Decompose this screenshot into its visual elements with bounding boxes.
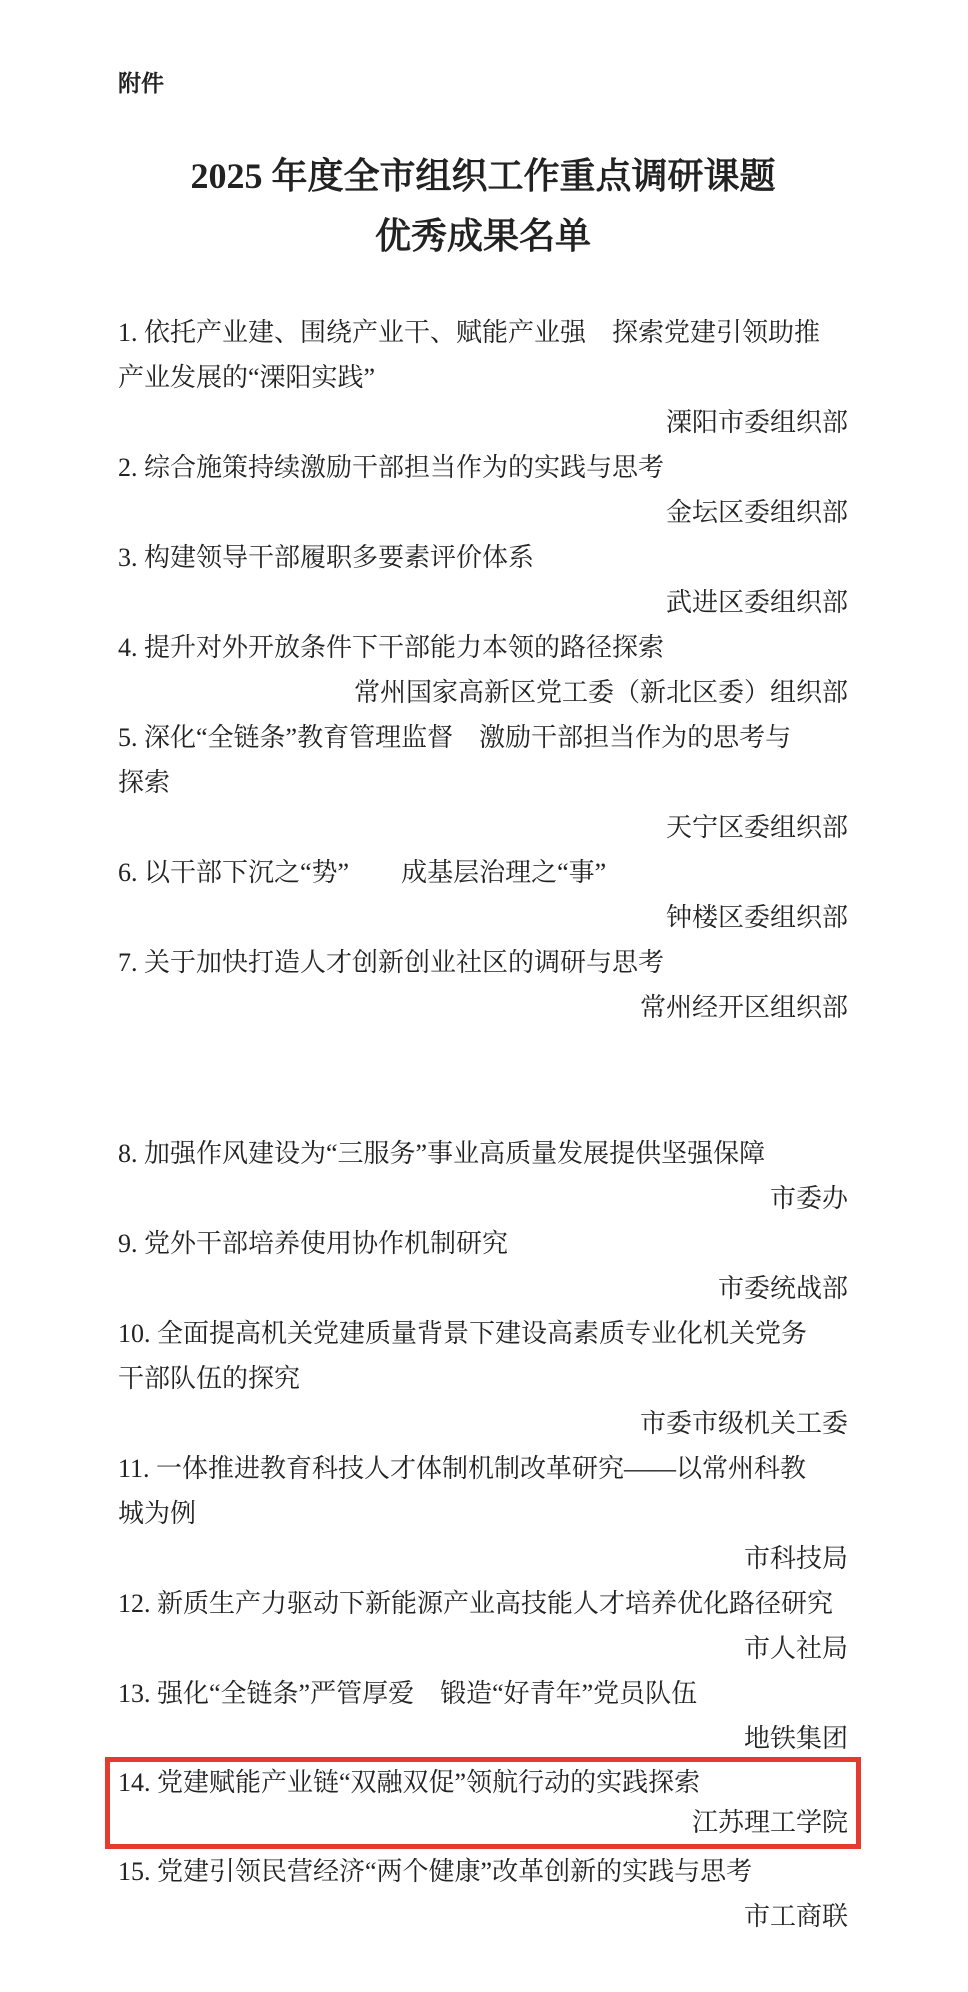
item-org: 市委市级机关工委 xyxy=(118,1401,848,1446)
item-title: 15. 党建引领民营经济“两个健康”改革创新的实践与思考 xyxy=(118,1849,848,1894)
item-org: 金坛区委组织部 xyxy=(118,490,848,535)
item-org: 常州国家高新区党工委（新北区委）组织部 xyxy=(118,670,848,715)
attachment-label: 附件 xyxy=(118,61,848,106)
item-org: 天宁区委组织部 xyxy=(118,805,848,850)
item-title: 4. 提升对外开放条件下干部能力本领的路径探索 xyxy=(118,625,848,670)
item-org: 地铁集团 xyxy=(118,1716,848,1761)
list-item: 3. 构建领导干部履职多要素评价体系 武进区委组织部 xyxy=(118,535,848,625)
item-org: 市人社局 xyxy=(118,1626,848,1671)
document-page: 附件 2025 年度全市组织工作重点调研课题 优秀成果名单 1. 依托产业建、围… xyxy=(0,0,968,1939)
item-title: 3. 构建领导干部履职多要素评价体系 xyxy=(118,535,848,580)
item-title: 9. 党外干部培养使用协作机制研究 xyxy=(118,1221,848,1266)
page-title-line1: 2025 年度全市组织工作重点调研课题 xyxy=(118,146,848,206)
list-item: 9. 党外干部培养使用协作机制研究 市委统战部 xyxy=(118,1221,848,1311)
page-title-line2: 优秀成果名单 xyxy=(118,206,848,266)
item-title: 13. 强化“全链条”严管厚爱 锻造“好青年”党员队伍 xyxy=(118,1671,848,1716)
list-item: 13. 强化“全链条”严管厚爱 锻造“好青年”党员队伍 地铁集团 xyxy=(118,1671,848,1761)
list-item: 5. 深化“全链条”教育管理监督 激励干部担当作为的思考与 探索 天宁区委组织部 xyxy=(118,715,848,850)
list-item: 1. 依托产业建、围绕产业干、赋能产业强 探索党建引领助推 产业发展的“溧阳实践… xyxy=(118,310,848,445)
item-title: 6. 以干部下沉之“势” 成基层治理之“事” xyxy=(118,850,848,895)
item-title: 8. 加强作风建设为“三服务”事业高质量发展提供坚强保障 xyxy=(118,1131,848,1176)
item-title: 1. 依托产业建、围绕产业干、赋能产业强 探索党建引领助推 产业发展的“溧阳实践… xyxy=(118,310,848,400)
list-item: 6. 以干部下沉之“势” 成基层治理之“事” 钟楼区委组织部 xyxy=(118,850,848,940)
item-title: 12. 新质生产力驱动下新能源产业高技能人才培养优化路径研究 xyxy=(118,1581,848,1626)
item-org: 常州经开区组织部 xyxy=(118,985,848,1030)
list-item: 2. 综合施策持续激励干部担当作为的实践与思考 金坛区委组织部 xyxy=(118,445,848,535)
page-title: 2025 年度全市组织工作重点调研课题 优秀成果名单 xyxy=(118,146,848,266)
list-item: 10. 全面提高机关党建质量背景下建设高素质专业化机关党务 干部队伍的探究 市委… xyxy=(118,1311,848,1446)
item-org: 钟楼区委组织部 xyxy=(118,895,848,940)
item-title: 2. 综合施策持续激励干部担当作为的实践与思考 xyxy=(118,445,848,490)
list-item: 4. 提升对外开放条件下干部能力本领的路径探索 常州国家高新区党工委（新北区委）… xyxy=(118,625,848,715)
item-org: 市委统战部 xyxy=(118,1266,848,1311)
item-title: 10. 全面提高机关党建质量背景下建设高素质专业化机关党务 干部队伍的探究 xyxy=(118,1311,848,1401)
item-org: 武进区委组织部 xyxy=(118,580,848,625)
list-item: 8. 加强作风建设为“三服务”事业高质量发展提供坚强保障 市委办 xyxy=(118,1131,848,1221)
item-title: 11. 一体推进教育科技人才体制机制改革研究——以常州科教 城为例 xyxy=(118,1446,848,1536)
item-org: 溧阳市委组织部 xyxy=(118,400,848,445)
item-org: 市科技局 xyxy=(118,1536,848,1581)
highlight-box: 14. 党建赋能产业链“双融双促”领航行动的实践探索 江苏理工学院 xyxy=(105,1757,861,1849)
item-title: 7. 关于加快打造人才创新创业社区的调研与思考 xyxy=(118,940,848,985)
item-org: 市委办 xyxy=(118,1176,848,1221)
item-org: 江苏理工学院 xyxy=(118,1803,848,1843)
list-item: 7. 关于加快打造人才创新创业社区的调研与思考 常州经开区组织部 xyxy=(118,940,848,1030)
list-item: 12. 新质生产力驱动下新能源产业高技能人才培养优化路径研究 市人社局 xyxy=(118,1581,848,1671)
item-org: 市工商联 xyxy=(118,1894,848,1939)
item-title: 5. 深化“全链条”教育管理监督 激励干部担当作为的思考与 探索 xyxy=(118,715,848,805)
item-title: 14. 党建赋能产业链“双融双促”领航行动的实践探索 xyxy=(118,1763,848,1803)
list-item: 14. 党建赋能产业链“双融双促”领航行动的实践探索 江苏理工学院 xyxy=(118,1763,848,1843)
list-item: 11. 一体推进教育科技人才体制机制改革研究——以常州科教 城为例 市科技局 xyxy=(118,1446,848,1581)
list-item: 15. 党建引领民营经济“两个健康”改革创新的实践与思考 市工商联 xyxy=(118,1849,848,1939)
result-list: 1. 依托产业建、围绕产业干、赋能产业强 探索党建引领助推 产业发展的“溧阳实践… xyxy=(118,310,848,1939)
